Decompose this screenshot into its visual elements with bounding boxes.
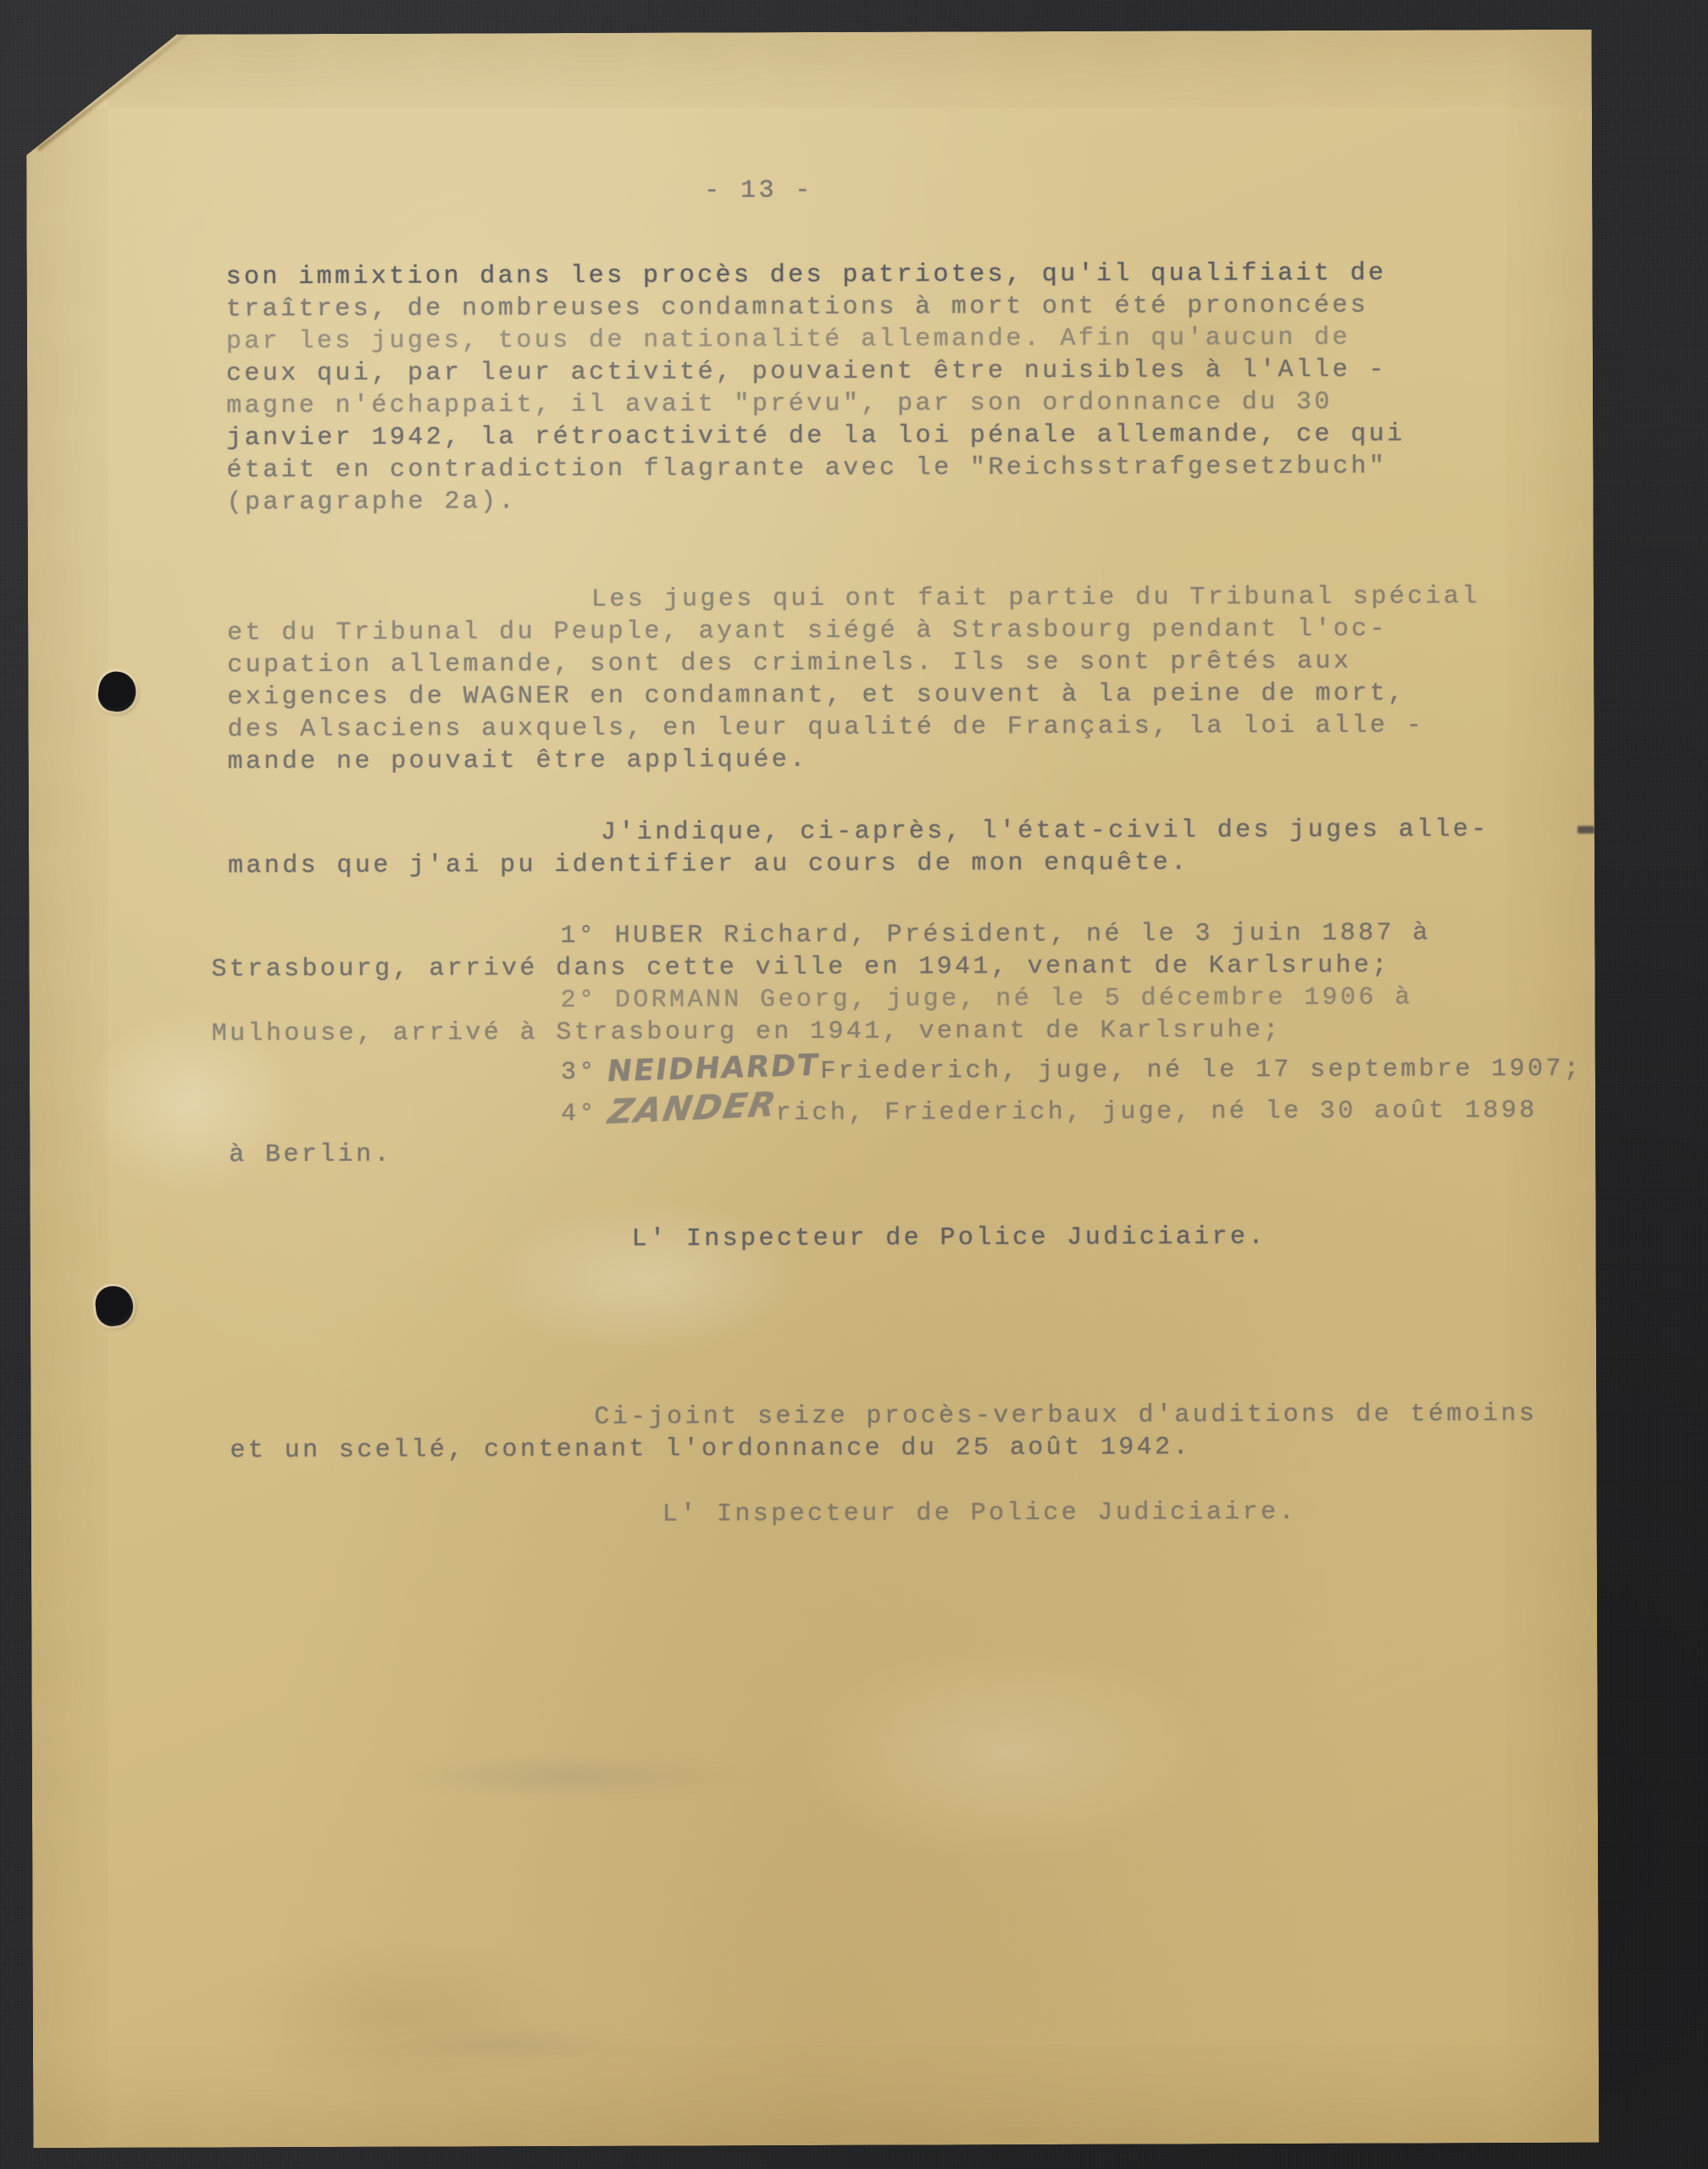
typed-line: mande ne pouvait être appliquée.	[228, 741, 1481, 778]
signature-line: L' Inspecteur de Police Judiciaire.	[632, 1221, 1267, 1256]
signature-line: L' Inspecteur de Police Judiciaire.	[663, 1496, 1297, 1531]
typed-line: (paragraphe 2a).	[227, 483, 1406, 519]
typed-line: était en contradiction flagrante avec le…	[226, 451, 1405, 487]
paragraph-judges-criminals: Les juges qui ont fait partie du Tribuna…	[227, 580, 1481, 778]
typed-line: et un scellé, contenant l'ordonnance du …	[230, 1430, 1537, 1467]
paragraph-verdicts: son immixtion dans les procès des patrio…	[226, 258, 1406, 519]
ghost-text-smudge	[380, 2024, 652, 2066]
typed-line: Ci-joint seize procès-verbaux d'audition…	[230, 1398, 1537, 1434]
paragraph-attachments: Ci-joint seize procès-verbaux d'audition…	[230, 1398, 1537, 1467]
typed-text-layer: - 13 - son immixtion dans les procès des…	[26, 30, 1592, 35]
typed-line: ceux qui, par leur activité, pouvaient ê…	[226, 354, 1405, 391]
paragraph-etat-civil: J'indique, ci-après, l'état-civil des ju…	[228, 813, 1489, 882]
list-item-judge-4: 4°ZANDERrich, Friederich, juge, né le 30…	[212, 1090, 1582, 1132]
handwritten-name-zander: ZANDER	[606, 1089, 779, 1129]
punch-hole-top	[96, 669, 138, 714]
typed-line: traîtres, de nombreuses condamnations à …	[226, 290, 1405, 326]
scanner-background: - 13 - son immixtion dans les procès des…	[0, 0, 1708, 2169]
paper-stain	[219, 1931, 575, 2101]
judges-list: 1° HUBER Richard, Président, né le 3 jui…	[211, 917, 1582, 1172]
punch-hole-bottom	[93, 1284, 135, 1328]
typed-line: exigences de WAGNER en condamnant, et so…	[227, 677, 1480, 713]
judge-4-typed-rest: rich, Friederich, juge, né le 30 août 18…	[776, 1095, 1538, 1129]
typed-line: magne n'échappait, il avait "prévu", par…	[226, 386, 1405, 423]
ink-mark	[1578, 826, 1594, 834]
judge-3-number: 3°	[561, 1057, 597, 1089]
list-item-judge-1: 1° HUBER Richard, Président, né le 3 jui…	[211, 917, 1581, 954]
list-item-judge-2: 2° DORMANN Georg, juge, né le 5 décembre…	[212, 981, 1582, 1018]
typed-line: Les juges qui ont fait partie du Tribuna…	[227, 580, 1480, 617]
judge-4-number: 4°	[561, 1098, 597, 1130]
paper-stain	[794, 1640, 1218, 1862]
typed-line: et du Tribunal du Peuple, ayant siégé à …	[227, 613, 1480, 649]
list-item-judge-2-cont: Mulhouse, arrivé à Strasbourg en 1941, v…	[212, 1013, 1582, 1051]
typed-line: janvier 1942, la rétroactivité de la loi…	[226, 419, 1405, 455]
typed-line: J'indique, ci-après, l'état-civil des ju…	[228, 813, 1489, 850]
list-item-judge-4-cont: à Berlin.	[212, 1134, 1582, 1172]
ghost-text-smudge	[388, 1752, 752, 1800]
handwritten-name-neidhardt: NEIDHARDT	[605, 1050, 821, 1088]
document-page: - 13 - son immixtion dans les procès des…	[26, 30, 1600, 2148]
typed-line: par les juges, tous de nationalité allem…	[226, 322, 1405, 358]
list-item-judge-1-cont: Strasbourg, arrivé dans cette ville en 1…	[211, 949, 1581, 986]
typed-line: cupation allemande, sont des criminels. …	[227, 645, 1480, 681]
typed-line: son immixtion dans les procès des patrio…	[226, 258, 1405, 294]
corner-fold	[37, 20, 202, 152]
list-item-judge-3: 3°NEIDHARDTFriederich, juge, né le 17 se…	[212, 1050, 1582, 1090]
page-number: - 13 -	[704, 175, 813, 207]
judge-3-typed-rest: Friederich, juge, né le 17 septembre 190…	[820, 1053, 1582, 1088]
typed-line: des Alsaciens auxquels, en leur qualité …	[227, 709, 1480, 746]
typed-line: mands que j'ai pu identifier au cours de…	[228, 846, 1489, 882]
